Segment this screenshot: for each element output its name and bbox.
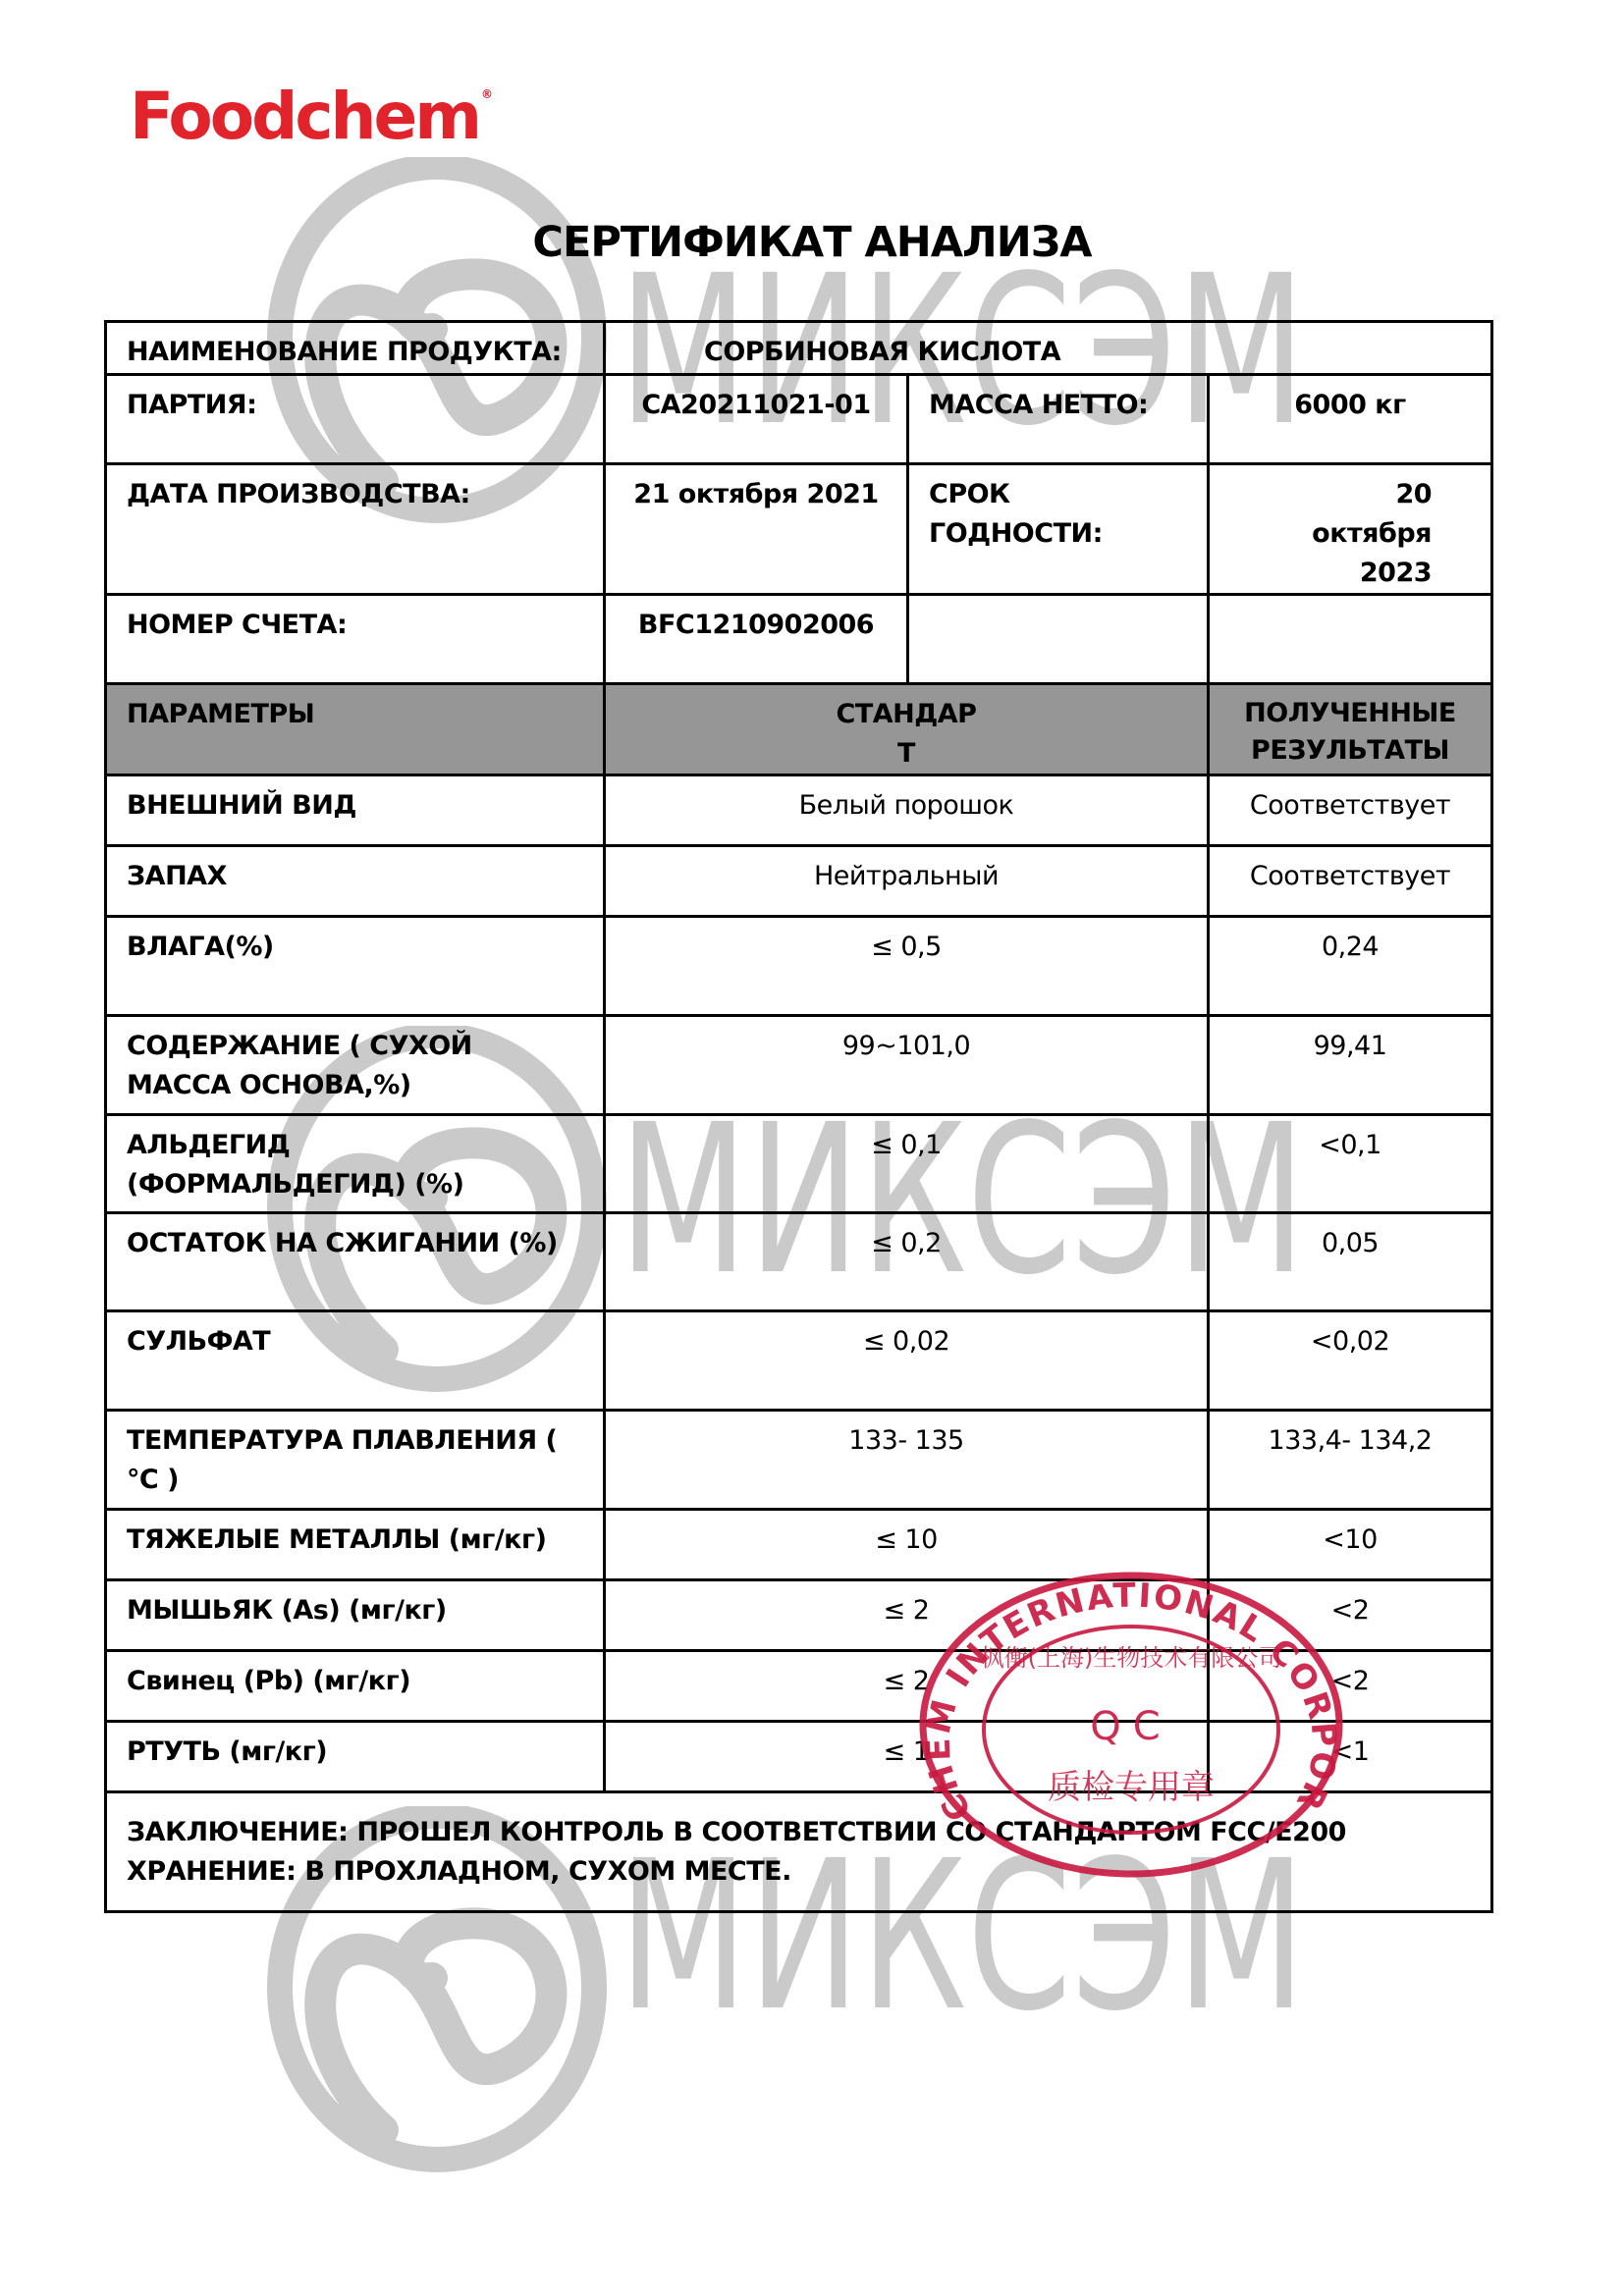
- storage-text: ХРАНЕНИЕ: В ПРОХЛАДНОМ, СУХОМ МЕСТЕ.: [127, 1852, 1471, 1892]
- table-row: МЫШЬЯК (As) (мг/кг) ≤ 2 <2: [106, 1580, 1492, 1651]
- batch-value: CA20211021-01: [605, 375, 908, 464]
- foodchem-logo: Foodchem®: [130, 84, 493, 149]
- header-standard: СТАНДАРТ: [605, 684, 1209, 775]
- standard-value: 133- 135: [605, 1411, 1209, 1510]
- standard-value: Белый порошок: [605, 775, 1209, 846]
- parameter-name: СУЛЬФАТ: [106, 1311, 605, 1411]
- parameter-name: Свинец (Pb) (мг/кг): [106, 1651, 605, 1722]
- standard-value: ≤ 0,5: [605, 917, 1209, 1016]
- empty-cell: [908, 595, 1209, 684]
- result-value: 133,4- 134,2: [1209, 1411, 1492, 1510]
- standard-value: ≤ 2: [605, 1651, 1209, 1722]
- parameter-name: ЗАПАХ: [106, 846, 605, 917]
- result-value: <10: [1209, 1510, 1492, 1580]
- result-value: Соответствует: [1209, 775, 1492, 846]
- standard-value: Нейтральный: [605, 846, 1209, 917]
- table-header-row: ПАРАМЕТРЫ СТАНДАРТ ПОЛУЧЕННЫЕ РЕЗУЛЬТАТЫ: [106, 684, 1492, 775]
- dates-row: ДАТА ПРОИЗВОДСТВА: 21 октября 2021 СРОК …: [106, 464, 1492, 595]
- batch-label: ПАРТИЯ:: [106, 375, 605, 464]
- net-weight-label: МАССА НЕТТО:: [908, 375, 1209, 464]
- parameter-name: ТЕМПЕРАТУРА ПЛАВЛЕНИЯ ( ℃ ): [106, 1411, 605, 1510]
- parameter-name: АЛЬДЕГИД (ФОРМАЛЬДЕГИД) (%): [106, 1115, 605, 1213]
- result-value: 0,05: [1209, 1213, 1492, 1311]
- net-weight-value: 6000 кг: [1209, 375, 1492, 464]
- product-name-row: НАИМЕНОВАНИЕ ПРОДУКТА: СОРБИНОВАЯ КИСЛОТ…: [106, 322, 1492, 375]
- table-row: Свинец (Pb) (мг/кг) ≤ 2 <2: [106, 1651, 1492, 1722]
- invoice-label: НОМЕР СЧЕТА:: [106, 595, 605, 684]
- empty-cell: [1209, 595, 1492, 684]
- result-value: <1: [1209, 1722, 1492, 1792]
- production-date-value: 21 октября 2021: [605, 464, 908, 595]
- header-parameters: ПАРАМЕТРЫ: [106, 684, 605, 775]
- table-row: ТЯЖЕЛЫЕ МЕТАЛЛЫ (мг/кг) ≤ 10 <10: [106, 1510, 1492, 1580]
- parameter-name: ОСТАТОК НА СЖИГАНИИ (%): [106, 1213, 605, 1311]
- standard-value: ≤ 0,2: [605, 1213, 1209, 1311]
- table-row: АЛЬДЕГИД (ФОРМАЛЬДЕГИД) (%) ≤ 0,1 <0,1: [106, 1115, 1492, 1213]
- table-row: СОДЕРЖАНИЕ ( СУХОЙ МАССА ОСНОВА,%) 99~10…: [106, 1016, 1492, 1115]
- table-row: СУЛЬФАТ ≤ 0,02 <0,02: [106, 1311, 1492, 1411]
- result-value: <2: [1209, 1651, 1492, 1722]
- parameter-name: РТУТЬ (мг/кг): [106, 1722, 605, 1792]
- table-row: ТЕМПЕРАТУРА ПЛАВЛЕНИЯ ( ℃ ) 133- 135 133…: [106, 1411, 1492, 1510]
- parameter-name: ВЛАГА(%): [106, 917, 605, 1016]
- product-name-value: СОРБИНОВАЯ КИСЛОТА: [605, 322, 1492, 375]
- batch-row: ПАРТИЯ: CA20211021-01 МАССА НЕТТО: 6000 …: [106, 375, 1492, 464]
- result-value: Соответствует: [1209, 846, 1492, 917]
- parameter-name: ТЯЖЕЛЫЕ МЕТАЛЛЫ (мг/кг): [106, 1510, 605, 1580]
- standard-value: ≤ 0,1: [605, 1115, 1209, 1213]
- production-date-label: ДАТА ПРОИЗВОДСТВА:: [106, 464, 605, 595]
- parameter-name: ВНЕШНИЙ ВИД: [106, 775, 605, 846]
- expiry-value: 20 октября 2023: [1209, 464, 1492, 595]
- standard-value: ≤ 1: [605, 1722, 1209, 1792]
- certificate-table: НАИМЕНОВАНИЕ ПРОДУКТА: СОРБИНОВАЯ КИСЛОТ…: [104, 320, 1493, 1913]
- parameter-name: МЫШЬЯК (As) (мг/кг): [106, 1580, 605, 1651]
- invoice-row: НОМЕР СЧЕТА: BFC1210902006: [106, 595, 1492, 684]
- result-value: 99,41: [1209, 1016, 1492, 1115]
- parameter-name: СОДЕРЖАНИЕ ( СУХОЙ МАССА ОСНОВА,%): [106, 1016, 605, 1115]
- registered-mark: ®: [481, 87, 493, 101]
- result-value: <0,1: [1209, 1115, 1492, 1213]
- invoice-value: BFC1210902006: [605, 595, 908, 684]
- result-value: 0,24: [1209, 917, 1492, 1016]
- conclusion-row: ЗАКЛЮЧЕНИЕ: ПРОШЕЛ КОНТРОЛЬ В СООТВЕТСТВ…: [106, 1792, 1492, 1912]
- result-value: <2: [1209, 1580, 1492, 1651]
- result-value: <0,02: [1209, 1311, 1492, 1411]
- standard-value: ≤ 2: [605, 1580, 1209, 1651]
- table-row: ВНЕШНИЙ ВИД Белый порошок Соответствует: [106, 775, 1492, 846]
- table-row: ОСТАТОК НА СЖИГАНИИ (%) ≤ 0,2 0,05: [106, 1213, 1492, 1311]
- conclusion-text: ЗАКЛЮЧЕНИЕ: ПРОШЕЛ КОНТРОЛЬ В СООТВЕТСТВ…: [127, 1813, 1471, 1852]
- header-results: ПОЛУЧЕННЫЕ РЕЗУЛЬТАТЫ: [1209, 684, 1492, 775]
- expiry-label: СРОК ГОДНОСТИ:: [908, 464, 1209, 595]
- product-name-label: НАИМЕНОВАНИЕ ПРОДУКТА:: [106, 322, 605, 375]
- table-row: ВЛАГА(%) ≤ 0,5 0,24: [106, 917, 1492, 1016]
- standard-value: 99~101,0: [605, 1016, 1209, 1115]
- logo-text: Foodchem: [130, 79, 479, 154]
- table-row: РТУТЬ (мг/кг) ≤ 1 <1: [106, 1722, 1492, 1792]
- document-title: СЕРТИФИКАТ АНАЛИЗА: [0, 218, 1624, 267]
- table-row: ЗАПАХ Нейтральный Соответствует: [106, 846, 1492, 917]
- standard-value: ≤ 0,02: [605, 1311, 1209, 1411]
- standard-value: ≤ 10: [605, 1510, 1209, 1580]
